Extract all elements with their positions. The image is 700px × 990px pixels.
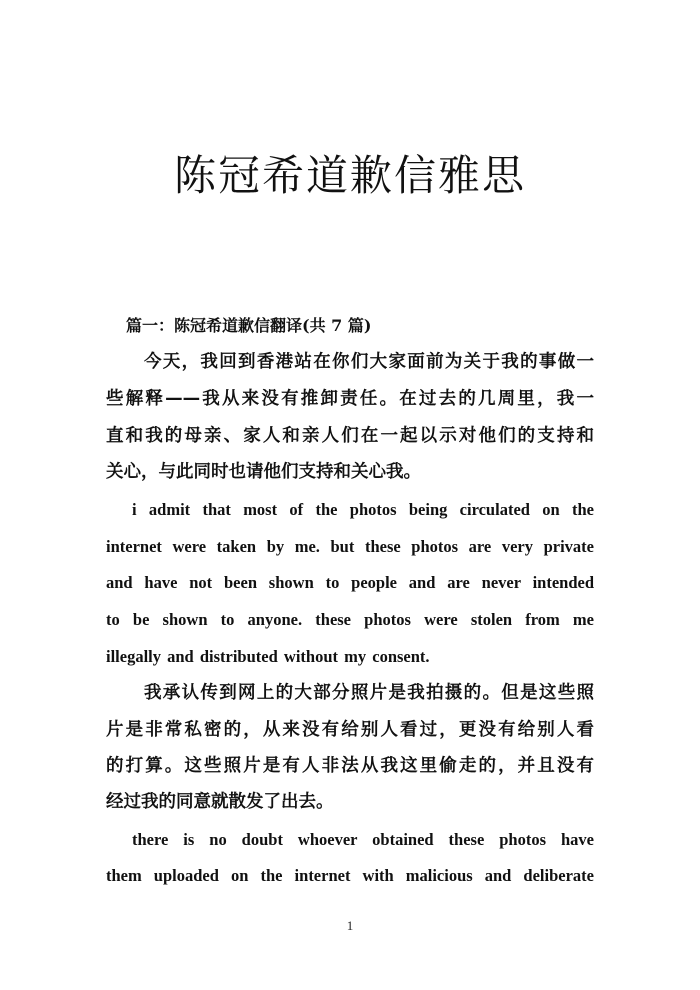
text-line: them uploaded on the internet with malic… [106,864,594,888]
document-title: 陈冠希道歉信雅思 [0,146,700,206]
text-line: 直和我的母亲、家人和亲人们在一起以示对他们的支持和 [106,423,594,449]
text-line: illegally and distributed without my con… [106,645,594,669]
text-line: 片是非常私密的，从来没有给别人看过，更没有给别人看 [106,717,594,743]
text-line: 的打算。这些照片是有人非法从我这里偷走的，并且没有 [106,753,594,779]
text-line: there is no doubt whoever obtained these… [132,828,594,852]
text-line: 今天，我回到香港站在你们大家面前为关于我的事做一 [144,349,594,375]
text-line: and have not been shown to people and ar… [106,571,594,595]
text-line: 些解释——我从来没有推卸责任。在过去的几周里，我一 [106,386,594,412]
text-line: internet were taken by me. but these pho… [106,535,594,559]
document-page: 陈冠希道歉信雅思 篇一：陈冠希道歉信翻译(共 7 篇) 今天，我回到香港站在你们… [0,0,700,990]
page-number: 1 [0,918,700,934]
text-line: 我承认传到网上的大部分照片是我拍摄的。但是这些照 [144,680,594,706]
section-heading: 篇一：陈冠希道歉信翻译(共 7 篇) [126,313,614,339]
text-line: i admit that most of the photos being ci… [132,498,594,522]
text-line: to be shown to anyone. these photos were… [106,608,594,632]
text-line: 关心，与此同时也请他们支持和关心我。 [106,459,594,485]
text-line: 经过我的同意就散发了出去。 [106,789,594,815]
